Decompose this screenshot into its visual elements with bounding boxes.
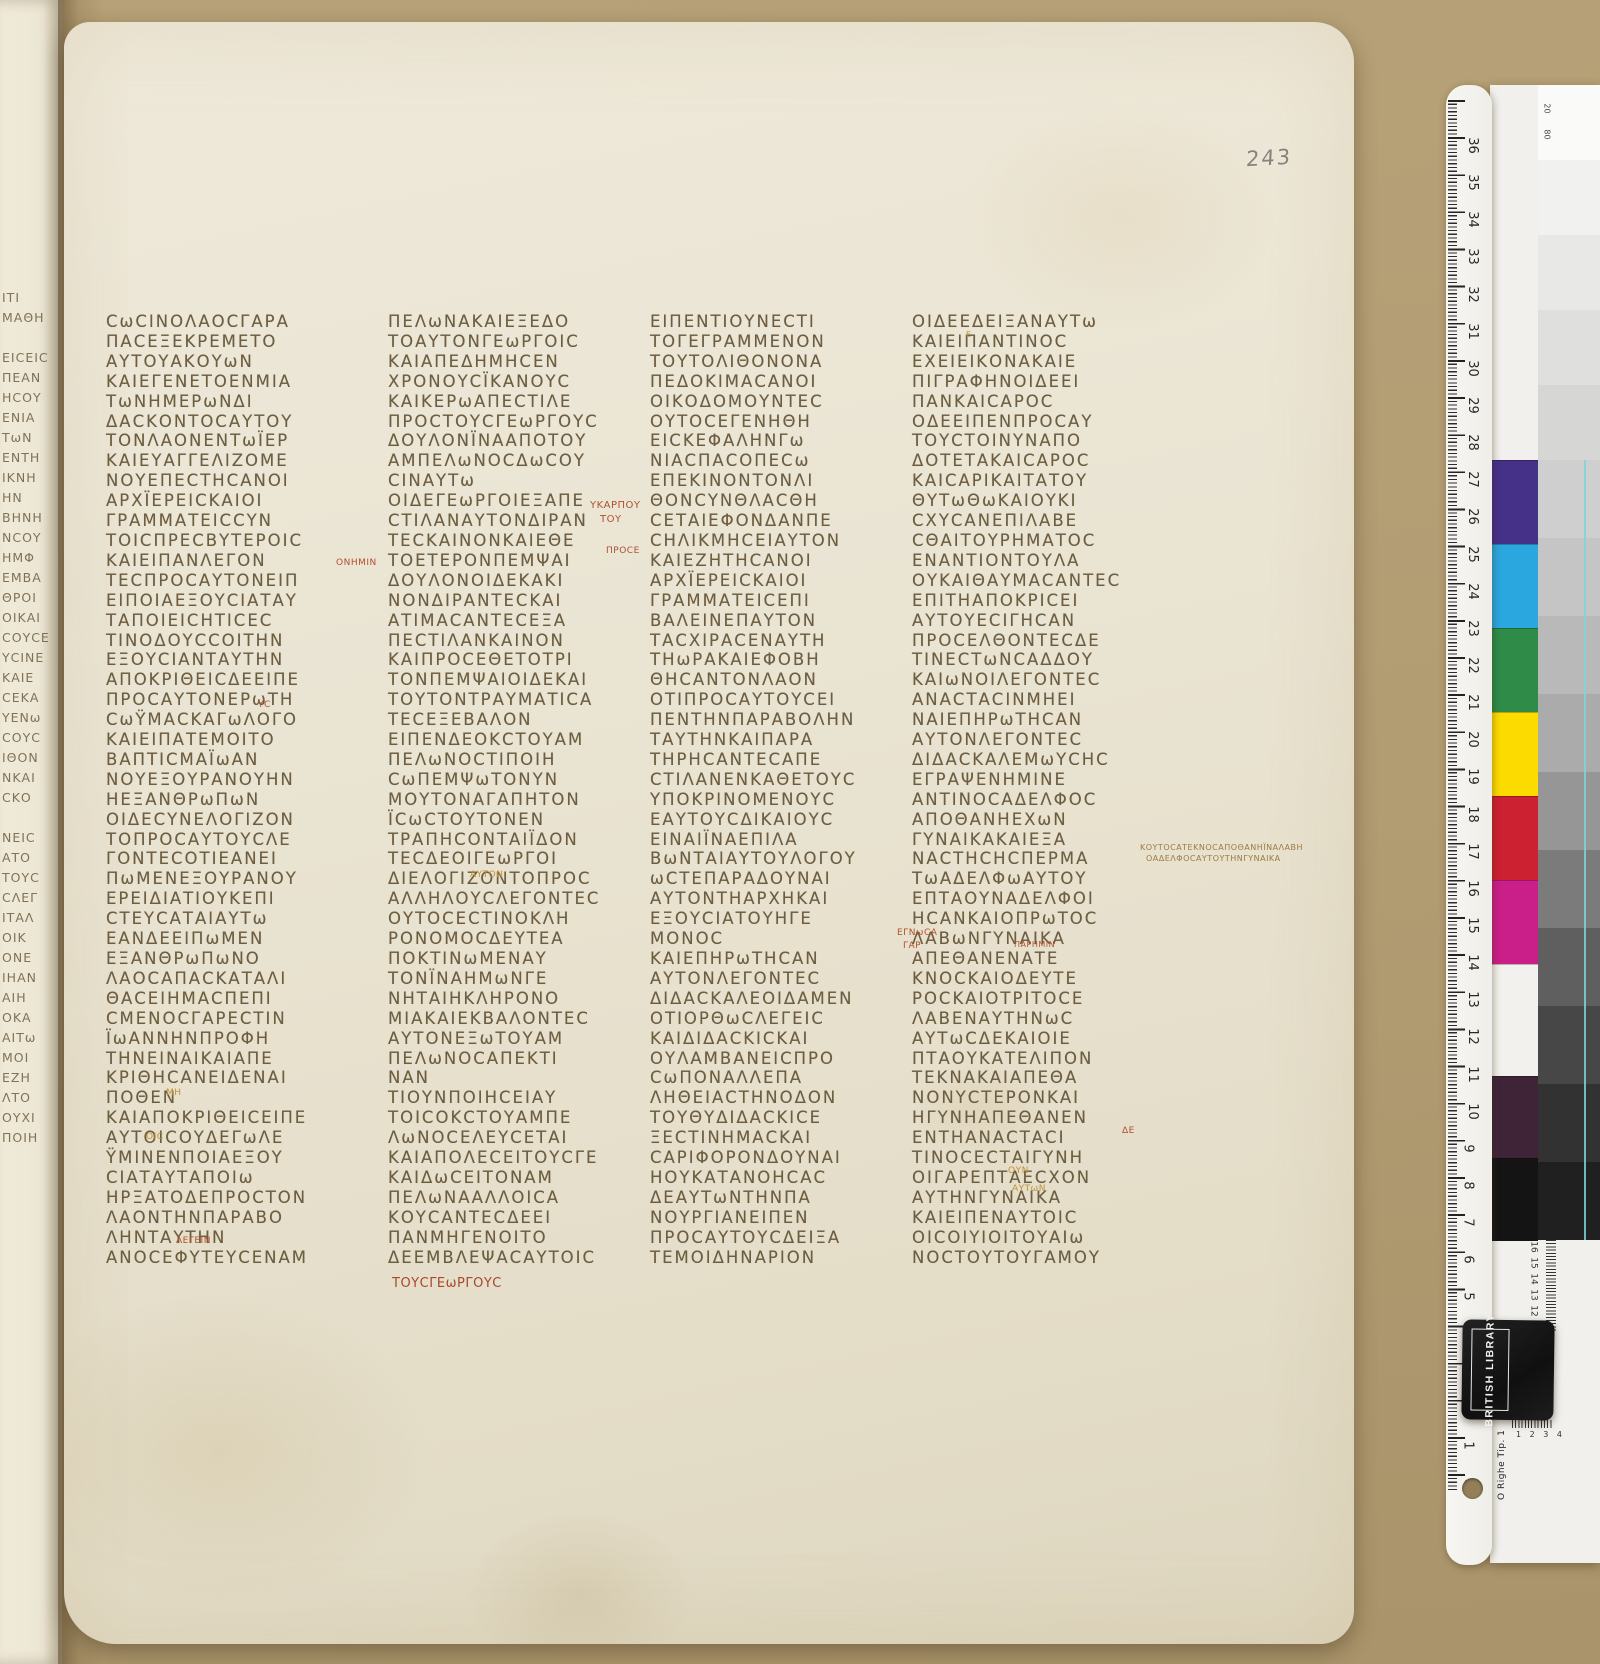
- marginal-note: ΜΗ: [166, 1088, 182, 1098]
- marginal-note: ΥϹ: [258, 700, 271, 710]
- mini-scale-ticks: [1512, 1420, 1552, 1428]
- ruler-number: 31: [1465, 323, 1480, 340]
- edge-text-fragment: ΥϹΙΝΕ: [2, 650, 44, 665]
- color-patch-magenta: [1492, 880, 1538, 965]
- ruler-number: 16: [1465, 880, 1480, 897]
- edge-text-fragment: ΒΗΝΗ: [2, 510, 43, 525]
- edge-text-fragment: ΗϹΟΥ: [2, 390, 42, 405]
- edge-text-fragment: ΟΝΕ: [2, 950, 32, 965]
- edge-text-fragment: ΝΚΑΙ: [2, 770, 36, 785]
- edge-text-fragment: ΟΙΚ: [2, 930, 27, 945]
- mini-ruler-number: 13: [1529, 1289, 1539, 1300]
- edge-text-fragment: ΘΡΟΙ: [2, 590, 37, 605]
- edge-text-fragment: ΛΤΟ: [2, 1090, 31, 1105]
- edge-text-fragment: ΕΝΤΗ: [2, 450, 40, 465]
- color-patch-red: [1492, 796, 1538, 881]
- edge-text-fragment: ΚΑΙΕ: [2, 670, 34, 685]
- marginal-note: ΠΡΟϹΕ: [606, 546, 640, 556]
- marginal-note: ΓΑΡ: [903, 941, 921, 951]
- ruler-number: 32: [1465, 286, 1480, 303]
- gray-step: [1538, 85, 1600, 160]
- gray-step: [1538, 616, 1600, 694]
- edge-text-fragment: ΜΑΘΗ: [2, 310, 45, 325]
- ruler-number: 27: [1465, 471, 1480, 488]
- ruler-number: 34: [1465, 211, 1480, 228]
- edge-text-fragment: ΠΟΙΗ: [2, 1130, 38, 1145]
- gray-step: [1538, 160, 1600, 235]
- color-patch-black: [1492, 1158, 1538, 1241]
- marginal-note: ΑΥΤΟΝ: [470, 870, 503, 880]
- ruler-number: 35: [1465, 174, 1480, 191]
- marginal-note: ΟΝΗΜΙΝ: [336, 558, 377, 568]
- marginal-note: ΑΥΤωΝ: [1012, 1184, 1046, 1194]
- edge-text-fragment: ΤΟΥϹ: [2, 870, 40, 885]
- marginal-note: ΟΙϹ: [146, 1132, 164, 1142]
- edge-text-fragment: ϹΛΕΓ: [2, 890, 38, 905]
- edge-text-fragment: ϹΟΥϹΕ: [2, 630, 50, 645]
- gray-step: [1538, 385, 1600, 460]
- gray-step: [1538, 928, 1600, 1006]
- photograph-of-manuscript: { "photo": { "folio_number": "243" }, "l…: [0, 0, 1600, 1664]
- marginal-note: ΛΕΓΕΙΝ: [176, 1236, 211, 1246]
- marginal-note: Ε: [966, 330, 972, 339]
- edge-text-fragment: ΤωΝ: [2, 430, 32, 445]
- gray-step: [1538, 850, 1600, 928]
- manuscript-column-2: ΠΕΛωΝΑΚΑΙΕΞΕΔΟ ΤΟΑΥΤΟΝΓΕωΡΓΟΙϹ ΚΑΙΑΠΕΔΗΜ…: [388, 312, 660, 1268]
- mini-ruler-number: 16: [1529, 1241, 1539, 1252]
- edge-text-fragment: ΙΚΝΗ: [2, 470, 37, 485]
- ruler-number: 23: [1465, 620, 1480, 637]
- edge-text-fragment: ϹΕΚΑ: [2, 690, 39, 705]
- ruler-number: 20: [1465, 731, 1480, 748]
- ruler-number: 18: [1465, 806, 1480, 823]
- edge-text-fragment: ΙΤΑΛ: [2, 910, 34, 925]
- edge-text-fragment: ΑΙΗ: [2, 990, 27, 1005]
- edge-text-fragment: ΝΕΙϹ: [2, 830, 36, 845]
- marginal-note: ΚΟΥΤΟϹΑΤΕΚΝΟϹΑΠΟΘΑΝΗΪΝΑΛΑΒΗ: [1140, 843, 1303, 852]
- ruler-number: 24: [1465, 583, 1480, 600]
- manuscript-column-4: ΟΙΔΕΕΔΕΙΞΑΝΑΥΤω ΚΑΙΕΙΠΑΝΤΙΝΟϹ ΕΧΕΙΕΙΚΟΝΑ…: [912, 312, 1184, 1268]
- marginal-note: ΤΟΥϹΓΕωΡΓΟΥϹ: [392, 1276, 502, 1291]
- ruler-number: 28: [1465, 434, 1480, 451]
- mini-ruler-number: 15: [1529, 1257, 1539, 1268]
- wedge-label: 80: [1543, 129, 1552, 139]
- marginal-note: ΥΚΑΡΠΟΥ: [590, 500, 641, 511]
- marginal-note: ΟΥΝ: [1008, 1166, 1029, 1176]
- ruler-number: 9: [1461, 1144, 1476, 1152]
- edge-text-fragment: ΙΗΑΝ: [2, 970, 37, 985]
- mini-ruler-number: 12: [1529, 1305, 1539, 1316]
- edge-text-fragment: ΟΙΚΑΙ: [2, 610, 41, 625]
- ruler-number: 19: [1465, 769, 1480, 786]
- marginal-note: ΕΓΝωϹΑ: [897, 928, 937, 938]
- ruler-number: 8: [1461, 1181, 1476, 1189]
- color-patch-green: [1492, 628, 1538, 713]
- gray-step: [1538, 694, 1600, 772]
- color-patch-white: [1492, 964, 1538, 1077]
- edge-text-fragment: ΥΕΝω: [2, 710, 41, 725]
- edge-text-fragment: ΕΙϹΕΙϹ: [2, 350, 49, 365]
- ruler-number: 1: [1461, 1441, 1476, 1449]
- ruler-number: 7: [1461, 1218, 1476, 1226]
- ruler-number: 14: [1465, 954, 1480, 971]
- edge-text-fragment: ΗΜΦ: [2, 550, 35, 565]
- edge-text-fragment: ΠΕΑΝ: [2, 370, 41, 385]
- ruler-cm-ticks: [1448, 100, 1465, 1492]
- ruler-number: 17: [1465, 843, 1480, 860]
- ruler-number: 10: [1465, 1103, 1480, 1120]
- ruler-number: 11: [1465, 1066, 1480, 1083]
- edge-text-fragment: ΕΖΗ: [2, 1070, 31, 1085]
- folio-number: 243: [1245, 145, 1292, 172]
- ruler-number: 25: [1465, 546, 1480, 563]
- ruler-number: 29: [1465, 397, 1480, 414]
- color-patch-violet: [1492, 460, 1538, 545]
- ruler-number: 6: [1461, 1256, 1476, 1264]
- edge-text-fragment: ΕΜΒΑ: [2, 570, 42, 585]
- ruler-number: 21: [1465, 694, 1480, 711]
- color-patch-dark-maroon: [1492, 1076, 1538, 1159]
- mini-ruler-ticks: [1546, 1240, 1556, 1332]
- british-library-text-box: BRITISH LIBRARY: [1470, 1328, 1509, 1411]
- previous-page-edge: ΙΤΙΜΑΘΗΕΙϹΕΙϹΠΕΑΝΗϹΟΥΕΝΙΑΤωΝΕΝΤΗΙΚΝΗΗΝΒΗ…: [0, 0, 62, 1664]
- edge-text-fragment: ΙΤΙ: [2, 290, 20, 305]
- ruler-number: 15: [1465, 917, 1480, 934]
- color-patch-cyan-blue: [1492, 544, 1538, 629]
- british-library-label: BRITISH LIBRARY: [1461, 1319, 1554, 1420]
- marginal-note: ΤΟΥ: [600, 514, 622, 525]
- ruler-number: 12: [1465, 1029, 1480, 1046]
- edge-text-fragment: ΙΘΟΝ: [2, 750, 39, 765]
- edge-text-fragment: ϹΚΟ: [2, 790, 32, 805]
- righe-tip-label: O Righe Tip. 1: [1497, 1408, 1507, 1500]
- edge-text-fragment: ΗΝ: [2, 490, 23, 505]
- mini-scale-numbers: 1 2 3 4: [1516, 1430, 1565, 1439]
- ruler-hole: [1462, 1478, 1483, 1499]
- gray-step: [1538, 235, 1600, 310]
- ruler-number: 13: [1465, 991, 1480, 1008]
- edge-text-fragment: ΟΥΧΙ: [2, 1110, 36, 1125]
- marginal-note: ΔΕ: [1122, 1126, 1135, 1136]
- edge-text-fragment: ΕΝΙΑ: [2, 410, 36, 425]
- manuscript-column-3: ΕΙΠΕΝΤΙΟΥΝΕϹΤΙ ΤΟΓΕΓΡΑΜΜΕΝΟΝ ΤΟΥΤΟΛΙΘΟΝΟ…: [650, 312, 922, 1268]
- gray-step: [1538, 1084, 1600, 1162]
- ruler-number: 33: [1465, 249, 1480, 266]
- marginal-note: ΟΑΔΕΛΦΟϹΑΥΤΟΥΤΗΝΓΥΝΑΙΚΑ: [1146, 854, 1281, 863]
- gray-step: [1538, 310, 1600, 385]
- british-library-text: BRITISH LIBRARY: [1482, 1313, 1498, 1427]
- mini-ruler-number: 14: [1529, 1273, 1539, 1284]
- gray-step: [1538, 460, 1600, 538]
- gray-step: [1538, 1162, 1600, 1240]
- manuscript-column-1: ϹωϹΙΝΟΛΑΟϹΓΑΡΑ ΠΑϹΕΞΕΚΡΕΜΕΤΟ ΑΥΤΟΥΑΚΟΥωΝ…: [106, 312, 378, 1268]
- edge-text-fragment: ΝϹΟΥ: [2, 530, 42, 545]
- gray-step: [1538, 772, 1600, 850]
- gray-step: [1538, 1006, 1600, 1084]
- marginal-note: ΠΑΡΗΜΙΝ: [1014, 940, 1055, 949]
- color-patch-yellow: [1492, 712, 1538, 797]
- edge-text-fragment: ΑΤΟ: [2, 850, 31, 865]
- wedge-label: 20: [1543, 103, 1552, 113]
- ruler-number: 36: [1465, 137, 1480, 154]
- ruler-number: 26: [1465, 509, 1480, 526]
- edge-text-fragment: ΑΙΤω: [2, 1030, 36, 1045]
- gray-step: [1538, 538, 1600, 616]
- edge-text-fragment: ΜΟΙ: [2, 1050, 29, 1065]
- card-edge-line: [1584, 460, 1586, 1240]
- edge-text-fragment: ΟΚΑ: [2, 1010, 32, 1025]
- ruler-number: 5: [1461, 1293, 1476, 1301]
- ruler-number: 30: [1465, 360, 1480, 377]
- edge-text-fragment: ϹΟΥϹ: [2, 730, 41, 745]
- ruler-number: 22: [1465, 657, 1480, 674]
